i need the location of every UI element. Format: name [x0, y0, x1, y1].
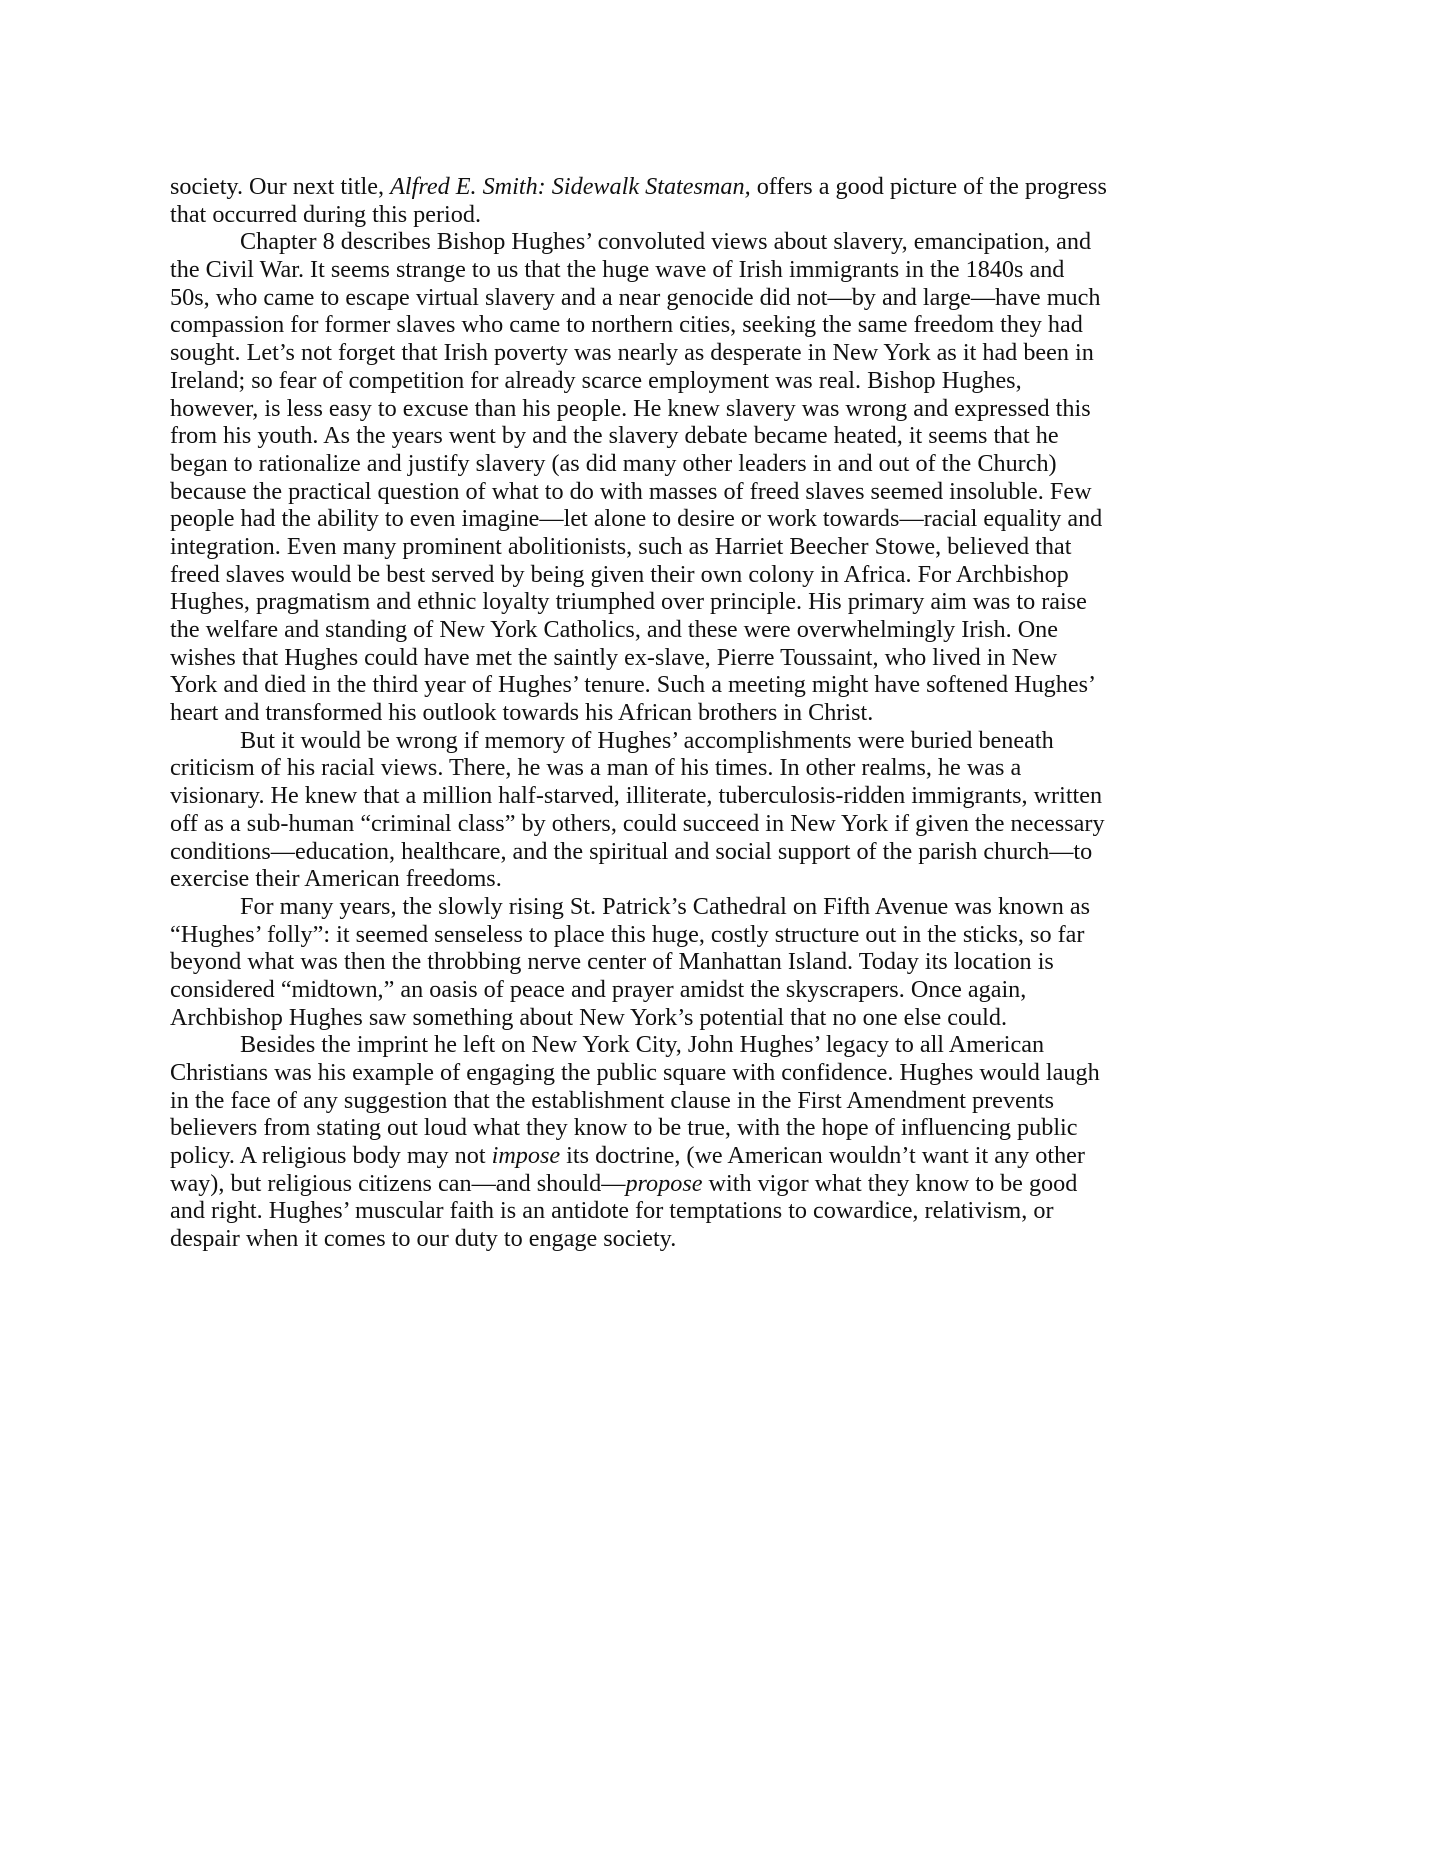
text-line: beyond what was then the throbbing nerve… [170, 948, 1290, 976]
text-line: Chapter 8 describes Bishop Hughes’ convo… [170, 228, 1290, 256]
text-line: Hughes, pragmatism and ethnic loyalty tr… [170, 588, 1290, 616]
text-run: people had the ability to even imagine—l… [170, 505, 1102, 532]
text-line: Besides the imprint he left on New York … [170, 1031, 1290, 1059]
text-line: compassion for former slaves who came to… [170, 311, 1290, 339]
text-run: its doctrine, (we American wouldn’t want… [560, 1142, 1085, 1169]
text-run: began to rationalize and justify slavery… [170, 450, 1057, 477]
text-line: For many years, the slowly rising St. Pa… [170, 893, 1290, 921]
text-line: integration. Even many prominent aboliti… [170, 533, 1290, 561]
text-run: conditions—education, healthcare, and th… [170, 838, 1092, 865]
text-line: people had the ability to even imagine—l… [170, 505, 1290, 533]
text-run: “Hughes’ folly”: it seemed senseless to … [170, 921, 1084, 948]
document-page: society. Our next title, Alfred E. Smith… [170, 173, 1290, 1253]
text-run: integration. Even many prominent aboliti… [170, 533, 1071, 560]
text-run: exercise their American freedoms. [170, 865, 502, 892]
text-line: conditions—education, healthcare, and th… [170, 838, 1290, 866]
text-run: compassion for former slaves who came to… [170, 311, 1083, 338]
text-run: beyond what was then the throbbing nerve… [170, 948, 1054, 975]
text-run: despair when it comes to our duty to eng… [170, 1225, 676, 1252]
text-line: sought. Let’s not forget that Irish pove… [170, 339, 1290, 367]
text-line: off as a sub-human “criminal class” by o… [170, 810, 1290, 838]
text-line: 50s, who came to escape virtual slavery … [170, 284, 1290, 312]
text-run: freed slaves would be best served by bei… [170, 561, 1069, 588]
text-run: heart and transformed his outlook toward… [170, 699, 873, 726]
text-line: exercise their American freedoms. [170, 865, 1290, 893]
text-line: believers from stating out loud what the… [170, 1114, 1290, 1142]
text-run: policy. A religious body may not [170, 1142, 492, 1169]
text-run: society. Our next title, [170, 173, 390, 200]
text-line: the Civil War. It seems strange to us th… [170, 256, 1290, 284]
italic-text-run: propose [625, 1170, 702, 1197]
text-run: and right. Hughes’ muscular faith is an … [170, 1197, 1054, 1224]
paragraph: For many years, the slowly rising St. Pa… [170, 893, 1290, 1031]
text-run: Ireland; so fear of competition for alre… [170, 367, 1022, 394]
text-line: Ireland; so fear of competition for alre… [170, 367, 1290, 395]
text-line: because the practical question of what t… [170, 478, 1290, 506]
text-line: way), but religious citizens can—and sho… [170, 1170, 1290, 1198]
text-run: the welfare and standing of New York Cat… [170, 616, 1058, 643]
text-line: freed slaves would be best served by bei… [170, 561, 1290, 589]
paragraph: Besides the imprint he left on New York … [170, 1031, 1290, 1253]
text-line: Christians was his example of engaging t… [170, 1059, 1290, 1087]
italic-text-run: Alfred E. Smith: Sidewalk Statesman, [390, 173, 751, 200]
text-line: began to rationalize and justify slavery… [170, 450, 1290, 478]
text-line: But it would be wrong if memory of Hughe… [170, 727, 1290, 755]
text-line: that occurred during this period. [170, 201, 1290, 229]
text-line: society. Our next title, Alfred E. Smith… [170, 173, 1290, 201]
text-line: criticism of his racial views. There, he… [170, 754, 1290, 782]
text-run: the Civil War. It seems strange to us th… [170, 256, 1064, 283]
text-run: because the practical question of what t… [170, 478, 1092, 505]
text-run: that occurred during this period. [170, 201, 481, 228]
italic-text-run: impose [492, 1142, 561, 1169]
paragraph: society. Our next title, Alfred E. Smith… [170, 173, 1290, 228]
text-line: however, is less easy to excuse than his… [170, 395, 1290, 423]
text-run: York and died in the third year of Hughe… [170, 671, 1096, 698]
text-run: Archbishop Hughes saw something about Ne… [170, 1004, 1007, 1031]
text-line: wishes that Hughes could have met the sa… [170, 644, 1290, 672]
text-line: despair when it comes to our duty to eng… [170, 1225, 1290, 1253]
text-run: Besides the imprint he left on New York … [240, 1031, 1044, 1058]
text-run: considered “midtown,” an oasis of peace … [170, 976, 1026, 1003]
text-run: Christians was his example of engaging t… [170, 1059, 1100, 1086]
text-run: however, is less easy to excuse than his… [170, 395, 1091, 422]
text-run: criticism of his racial views. There, he… [170, 754, 1021, 781]
text-run: way), but religious citizens can—and sho… [170, 1170, 625, 1197]
text-run: off as a sub-human “criminal class” by o… [170, 810, 1105, 837]
text-run: with vigor what they know to be good [702, 1170, 1077, 1197]
paragraph: But it would be wrong if memory of Hughe… [170, 727, 1290, 893]
text-line: and right. Hughes’ muscular faith is an … [170, 1197, 1290, 1225]
text-run: sought. Let’s not forget that Irish pove… [170, 339, 1094, 366]
text-line: York and died in the third year of Hughe… [170, 671, 1290, 699]
text-line: policy. A religious body may not impose … [170, 1142, 1290, 1170]
text-run: But it would be wrong if memory of Hughe… [240, 727, 1054, 754]
text-run: in the face of any suggestion that the e… [170, 1087, 1054, 1114]
text-line: the welfare and standing of New York Cat… [170, 616, 1290, 644]
text-run: offers a good picture of the progress [751, 173, 1107, 200]
text-run: Hughes, pragmatism and ethnic loyalty tr… [170, 588, 1087, 615]
text-line: considered “midtown,” an oasis of peace … [170, 976, 1290, 1004]
text-line: in the face of any suggestion that the e… [170, 1087, 1290, 1115]
text-run: Chapter 8 describes Bishop Hughes’ convo… [240, 228, 1091, 255]
text-run: visionary. He knew that a million half-s… [170, 782, 1102, 809]
text-run: For many years, the slowly rising St. Pa… [240, 893, 1090, 920]
text-line: from his youth. As the years went by and… [170, 422, 1290, 450]
text-run: believers from stating out loud what the… [170, 1114, 1078, 1141]
text-line: “Hughes’ folly”: it seemed senseless to … [170, 921, 1290, 949]
text-line: heart and transformed his outlook toward… [170, 699, 1290, 727]
paragraph: Chapter 8 describes Bishop Hughes’ convo… [170, 228, 1290, 726]
text-run: wishes that Hughes could have met the sa… [170, 644, 1057, 671]
text-run: 50s, who came to escape virtual slavery … [170, 284, 1100, 311]
text-line: Archbishop Hughes saw something about Ne… [170, 1004, 1290, 1032]
text-line: visionary. He knew that a million half-s… [170, 782, 1290, 810]
text-run: from his youth. As the years went by and… [170, 422, 1059, 449]
